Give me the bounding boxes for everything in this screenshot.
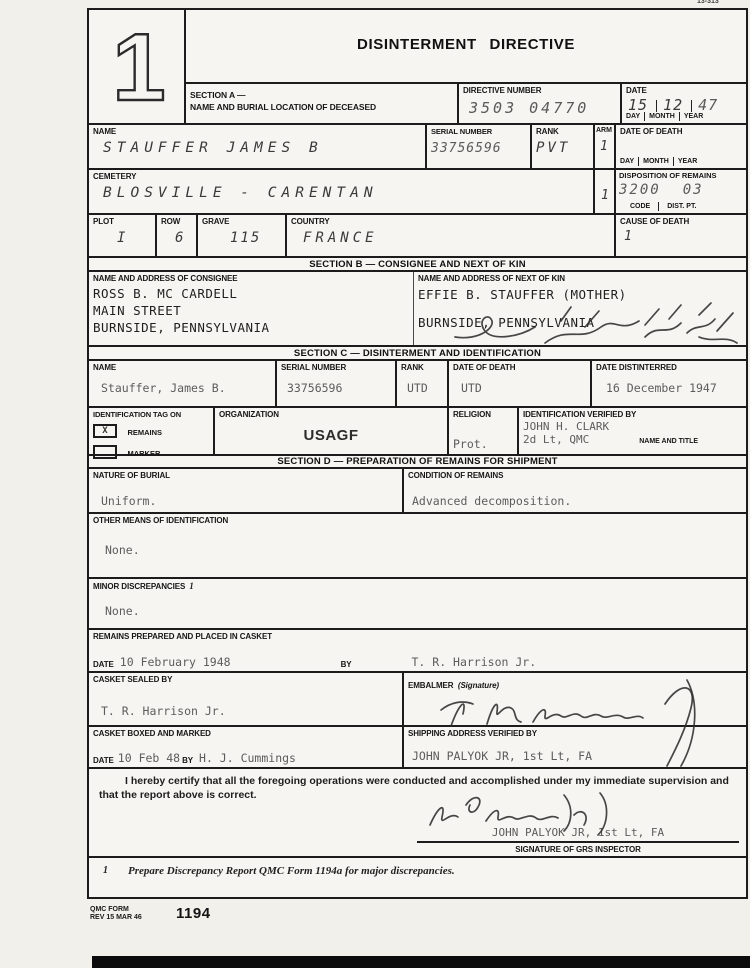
directive-number-field: DIRECTIVE NUMBER 3503 04770 [457, 84, 620, 123]
verified-by-field: IDENTIFICATION VERIFIED BY JOHN H. CLARK… [519, 408, 746, 454]
casket-boxed-label: CASKET BOXED AND MARKED [93, 729, 398, 738]
directive-date-label: DATE [626, 86, 742, 95]
date-divider [691, 100, 692, 112]
consignee-field: NAME AND ADDRESS OF CONSIGNEE ROSS B. MC… [89, 272, 414, 345]
minor-discrepancies-label: MINOR DISCREPANCIES [93, 582, 185, 591]
directive-number-value: 3503 04770 [469, 99, 616, 117]
copy-number-box: 1 [89, 10, 186, 125]
footnote-ref: 1 [103, 865, 108, 877]
section-a-header-strip: SECTION A — NAME AND BURIAL LOCATION OF … [186, 82, 746, 125]
cause-of-death-label: CAUSE OF DEATH [620, 217, 742, 226]
grs-inspector-signature [414, 785, 644, 843]
dist-pt-label: DIST. PT. [667, 203, 696, 211]
c-rank-value: UTD [407, 381, 443, 395]
date-of-death-label: DATE OF DEATH [620, 127, 742, 136]
arm-value: 1 [600, 139, 613, 154]
c-name-value: Stauffer, James B. [101, 381, 271, 395]
row-footnote: 1 Prepare Discrepancy Report QMC Form 11… [89, 858, 746, 896]
arm-field: ARM 1 [595, 125, 616, 168]
consignee-label: NAME AND ADDRESS OF CONSIGNEE [93, 274, 409, 283]
month-label: MONTH [643, 158, 669, 166]
directive-number-label: DIRECTIVE NUMBER [463, 86, 616, 95]
year-label: YEAR [684, 113, 703, 121]
id-tag-label: IDENTIFICATION TAG ON [93, 410, 209, 419]
minor-discrepancies-footnote-ref: 1 [189, 581, 194, 591]
disposition-label: DISPOSITION OF REMAINS [619, 172, 743, 180]
cemetery-code-field: 1 [595, 170, 616, 213]
grave-value: 115 [230, 230, 281, 246]
row-remains-prepared: REMAINS PREPARED AND PLACED IN CASKET DA… [89, 630, 746, 673]
section-a-label-line2: NAME AND BURIAL LOCATION OF DECEASED [190, 103, 453, 112]
serial-value: 33756596 [431, 141, 526, 156]
row-minor-discrepancies: MINOR DISCREPANCIES 1 None. [89, 579, 746, 630]
disposition-code-value: 3200 [619, 182, 661, 198]
form-name-line2: REV 15 MAR 46 [90, 914, 142, 922]
grave-label: GRAVE [202, 217, 281, 226]
month-label: MONTH [649, 113, 675, 121]
year-label: YEAR [678, 158, 697, 166]
disposition-sublabels: CODE DIST. PT. [620, 202, 742, 211]
casket-boxed-field: CASKET BOXED AND MARKED DATE 10 Feb 48 B… [89, 727, 404, 767]
disposition-dist-value: 03 [683, 182, 704, 198]
date-of-death-field: DATE OF DEATH DAY MONTH YEAR [616, 125, 746, 168]
cemetery-code-value: 1 [601, 188, 613, 203]
section-b-header: SECTION B — CONSIGNEE AND NEXT OF KIN [89, 258, 746, 272]
cause-of-death-value: 1 [624, 229, 742, 244]
name-and-title-label: NAME AND TITLE [639, 438, 698, 446]
date-disinterred-value: 16 December 1947 [606, 381, 742, 395]
consignee-line3: BURNSIDE, PENNSYLVANIA [93, 319, 409, 336]
c-serial-field: SERIAL NUMBER 33756596 [277, 361, 397, 406]
date-sublabels: DAY MONTH YEAR [626, 112, 742, 121]
casket-sealed-field: CASKET SEALED BY T. R. Harrison Jr. [89, 673, 404, 725]
c-serial-label: SERIAL NUMBER [281, 363, 391, 372]
prepared-date-value: 10 February 1948 [120, 655, 231, 669]
row-plot: PLOT I ROW 6 GRAVE 115 COUNTRY FRANCE CA… [89, 215, 746, 258]
next-of-kin-handwriting-scribble [449, 297, 741, 357]
row-label: ROW [161, 217, 192, 226]
row-field: ROW 6 [157, 215, 198, 256]
code-label: CODE [630, 203, 650, 211]
row-c-tag-org: IDENTIFICATION TAG ON X REMAINS MARKER O… [89, 408, 746, 456]
consignee-line2: MAIN STREET [93, 302, 409, 319]
cemetery-value: BLOSVILLE - CARENTAN [103, 185, 589, 201]
condition-of-remains-value: Advanced decomposition. [412, 494, 742, 508]
sublabel-tick [638, 157, 639, 166]
remains-check-mark: X [102, 426, 107, 436]
grave-field: GRAVE 115 [198, 215, 287, 256]
dod-sublabels: DAY MONTH YEAR [620, 157, 742, 166]
sublabel-tick [679, 112, 680, 121]
boxed-by-label: BY [182, 756, 193, 765]
row-cemetery: CEMETERY BLOSVILLE - CARENTAN 1 DISPOSIT… [89, 170, 746, 215]
svg-text:1: 1 [112, 14, 165, 121]
serial-field: SERIAL NUMBER 33756596 [427, 125, 532, 168]
embalmer-signature [429, 674, 719, 770]
sublabel-tick [658, 202, 659, 211]
c-rank-label: RANK [401, 363, 443, 372]
nature-of-burial-field: NATURE OF BURIAL Uniform. [89, 469, 404, 512]
casket-sealed-value: T. R. Harrison Jr. [101, 704, 398, 718]
plot-field: PLOT I [89, 215, 157, 256]
religion-field: RELIGION Prot. [449, 408, 519, 454]
c-date-of-death-field: DATE OF DEATH UTD [449, 361, 592, 406]
cemetery-label: CEMETERY [93, 172, 589, 181]
c-name-label: NAME [93, 363, 271, 372]
form-title: DISINTERMENT DIRECTIVE [186, 36, 746, 53]
minor-discrepancies-field: MINOR DISCREPANCIES 1 None. [89, 579, 746, 628]
copy-number-outline-digit: 1 [89, 10, 184, 121]
remains-prepared-label: REMAINS PREPARED AND PLACED IN CASKET [93, 632, 742, 641]
disinterment-directive-form: 1 DISINTERMENT DIRECTIVE SECTION A — NAM… [87, 8, 748, 899]
section-d-header: SECTION D — PREPARATION OF REMAINS FOR S… [89, 456, 746, 469]
nature-of-burial-label: NATURE OF BURIAL [93, 471, 398, 480]
plot-label: PLOT [93, 217, 151, 226]
row-other-identification: OTHER MEANS OF IDENTIFICATION None. [89, 514, 746, 579]
sublabel-tick [644, 112, 645, 121]
rank-field: RANK PVT [532, 125, 595, 168]
corner-mark: 13-313 [697, 0, 719, 5]
other-identification-field: OTHER MEANS OF IDENTIFICATION None. [89, 514, 746, 577]
cemetery-field: CEMETERY BLOSVILLE - CARENTAN [89, 170, 595, 213]
verified-title-value: 2d Lt, QMC [523, 433, 589, 446]
footnote-text: Prepare Discrepancy Report QMC Form 1194… [128, 865, 455, 877]
next-of-kin-label: NAME AND ADDRESS OF NEXT OF KIN [418, 274, 742, 283]
verified-name-value: JOHN H. CLARK [523, 420, 742, 433]
scanned-document-page: 13-313 1 DISINTERMENT DIRECTIVE SECTION … [0, 0, 750, 968]
plot-value: I [117, 230, 151, 246]
casket-sealed-label: CASKET SEALED BY [93, 675, 398, 684]
rank-value: PVT [536, 140, 589, 156]
date-divider [656, 100, 657, 112]
row-c-identification: NAME Stauffer, James B. SERIAL NUMBER 33… [89, 361, 746, 408]
other-identification-label: OTHER MEANS OF IDENTIFICATION [93, 516, 742, 525]
name-label: NAME [93, 127, 421, 136]
grs-inspector-label: SIGNATURE OF GRS INSPECTOR [417, 845, 739, 854]
form-name-line1: QMC FORM [90, 906, 142, 914]
day-label: DAY [620, 158, 634, 166]
form-id-block: QMC FORM REV 15 MAR 46 [90, 906, 142, 921]
c-serial-value: 33756596 [287, 381, 391, 395]
c-date-of-death-label: DATE OF DEATH [453, 363, 586, 372]
religion-value: Prot. [453, 437, 513, 451]
country-label: COUNTRY [291, 217, 610, 226]
country-field: COUNTRY FRANCE [287, 215, 616, 256]
remains-checkbox: X [93, 424, 117, 438]
verified-by-label: IDENTIFICATION VERIFIED BY [523, 410, 742, 419]
minor-discrepancies-value: None. [105, 604, 742, 618]
rank-label: RANK [536, 127, 589, 136]
row-name: NAME STAUFFER JAMES B SERIAL NUMBER 3375… [89, 125, 746, 170]
scan-edge-bar [92, 956, 750, 968]
prepared-by-label: BY [341, 660, 352, 669]
name-value: STAUFFER JAMES B [103, 140, 421, 156]
country-value: FRANCE [303, 230, 610, 246]
prepared-date-label: DATE [93, 660, 114, 669]
other-identification-value: None. [105, 543, 742, 557]
organization-value: USAGF [219, 427, 443, 444]
serial-label: SERIAL NUMBER [431, 127, 526, 136]
c-name-field: NAME Stauffer, James B. [89, 361, 277, 406]
prepared-by-value: T. R. Harrison Jr. [412, 655, 537, 669]
boxed-date-label: DATE [93, 756, 114, 765]
religion-label: RELIGION [453, 410, 513, 419]
name-field: NAME STAUFFER JAMES B [89, 125, 427, 168]
row-nature-condition: NATURE OF BURIAL Uniform. CONDITION OF R… [89, 469, 746, 514]
id-tag-field: IDENTIFICATION TAG ON X REMAINS MARKER [89, 408, 215, 454]
arm-label: ARM [596, 127, 613, 135]
directive-date-field: DATE 15 12 47 DAY MONTH YEAR [620, 84, 746, 123]
section-a-label: SECTION A — NAME AND BURIAL LOCATION OF … [186, 84, 457, 123]
c-date-of-death-value: UTD [461, 381, 586, 395]
day-label: DAY [626, 113, 640, 121]
form-number: 1194 [176, 905, 211, 922]
sublabel-tick [673, 157, 674, 166]
date-disinterred-field: DATE DISTINTERRED 16 December 1947 [592, 361, 746, 406]
section-a-label-line1: SECTION A — [190, 91, 453, 100]
row-value: 6 [175, 230, 192, 246]
cause-of-death-field: CAUSE OF DEATH 1 [616, 215, 746, 256]
remains-label: REMAINS [127, 428, 162, 437]
remains-prepared-field: REMAINS PREPARED AND PLACED IN CASKET DA… [89, 630, 746, 671]
organization-label: ORGANIZATION [219, 410, 443, 419]
organization-field: ORGANIZATION USAGF [215, 408, 449, 454]
boxed-date-value: 10 Feb 48 [118, 751, 180, 765]
boxed-by-value: H. J. Cummings [199, 751, 296, 765]
c-rank-field: RANK UTD [397, 361, 449, 406]
consignee-line1: ROSS B. MC CARDELL [93, 285, 409, 302]
condition-of-remains-field: CONDITION OF REMAINS Advanced decomposit… [404, 469, 746, 512]
disposition-field: DISPOSITION OF REMAINS 3200 03 CODE DIST… [616, 170, 746, 213]
date-disinterred-label: DATE DISTINTERRED [596, 363, 742, 372]
nature-of-burial-value: Uniform. [101, 494, 398, 508]
condition-of-remains-label: CONDITION OF REMAINS [408, 471, 742, 480]
